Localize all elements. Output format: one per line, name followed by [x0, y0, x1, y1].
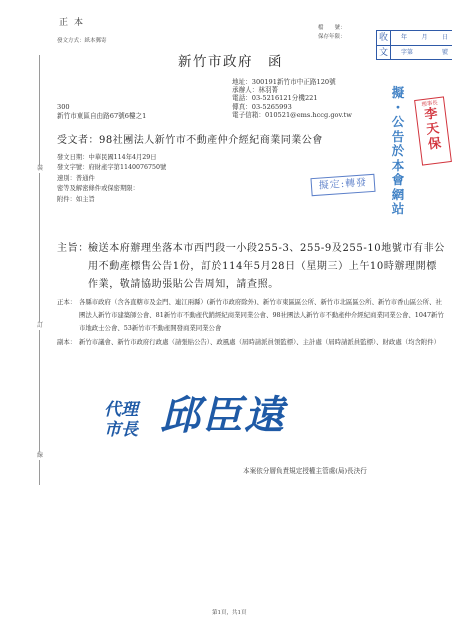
subject-section: 主旨： 檢送本府辦理坐落本市西門段一小段255-3、255-9及255-10地號… — [57, 240, 447, 294]
recipient-address: 300 新竹市東區自由路67號6樓之1 — [57, 103, 146, 120]
signature-title: 代理 市長 — [104, 400, 138, 440]
receipt-month: 月 — [421, 31, 427, 45]
copy-type-label: 正本 — [59, 15, 89, 28]
attachment: 附件：如主旨 — [57, 195, 166, 205]
recipient-street: 新竹市東區自由路67號6樓之1 — [57, 112, 146, 121]
signature-title-line1: 代理 — [104, 400, 138, 420]
receipt-day: 日 — [442, 31, 448, 45]
stamp-char: 告 — [390, 130, 406, 145]
copy-recipients-text: 新竹市議會、新竹市政府行政處（請張貼公告）、政風處（屆時請派員領監標）、主計處（… — [79, 336, 447, 349]
sender-email: 電子信箱：010521@ems.hccg.gov.tw — [232, 111, 352, 119]
subject-label: 主旨： — [57, 240, 89, 258]
binding-mark-xian: 線 — [34, 452, 46, 460]
subject-text: 檢送本府辦理坐落本市西門段一小段255-3、255-9及255-10地號市有非公… — [88, 240, 447, 294]
binding-mark-ding: 訂 — [34, 322, 46, 330]
receipt-no-suffix: 號 — [442, 46, 448, 60]
receiver-line: 受文者：98社團法人新竹市不動產仲介經紀商業同業公會 — [57, 131, 323, 146]
sender-phone: 電話：03-5216121分機221 — [232, 94, 352, 102]
sender-info: 地址：300191新竹市中正路120號 承辦人：林羽菁 電話：03-521612… — [232, 78, 352, 119]
annotation-stamp-vertical: 擬 ・ 公 告 於 本 會 網 站 — [390, 86, 406, 217]
document-number: 發文字號：府財產字第1140076750號 — [57, 163, 166, 173]
delivery-speed: 速別：普通件 — [57, 174, 166, 184]
stamp-char: 會 — [390, 173, 406, 188]
copy-label: 副本： — [57, 336, 76, 349]
chairman-seal-stamp: 理事長 李 天 保 — [414, 96, 452, 165]
stamp-char: 於 — [390, 144, 406, 159]
receipt-stamp-char-bottom: 文 — [377, 46, 391, 60]
stamp-char: 本 — [390, 159, 406, 174]
recipient-postal-code: 300 — [57, 103, 146, 112]
document-title: 新竹市政府 函 — [178, 50, 283, 70]
receipt-word-no: 字第 — [401, 46, 413, 60]
original-recipients-text: 各縣市政府（含各直轄市及金門、連江兩縣）(新竹市政府除外)、新竹市東區區公所、新… — [79, 296, 447, 336]
delegation-note: 本案依分層負責規定授權主管處(局)長決行 — [243, 465, 367, 475]
original-recipients: 正本： 各縣市政府（含各直轄市及金門、連江兩縣）(新竹市政府除外)、新竹市東區區… — [57, 296, 447, 336]
binding-mark-zhuang: 裝 — [34, 165, 46, 173]
send-method: 發文方式：紙本郵寄 — [57, 36, 107, 44]
retention-period-label: 保存年限： — [318, 33, 346, 42]
stamp-char: 擬 — [390, 86, 406, 101]
receipt-stamp-char-top: 收 — [377, 31, 391, 45]
binding-line — [39, 55, 40, 485]
stamp-char: ・ — [390, 101, 406, 116]
issue-date: 發文日期：中華民國114年4月29日 — [57, 153, 166, 163]
copy-recipients: 副本： 新竹市議會、新竹市政府行政處（請張貼公告）、政風處（屆時請派員領監標）、… — [57, 336, 447, 349]
seal-name-char: 保 — [420, 135, 450, 153]
stamp-char: 網 — [390, 188, 406, 203]
receipt-stamp: 收 文 年 月 日 字第 號 — [376, 30, 452, 60]
page-number: 第1頁，共1頁 — [212, 608, 247, 616]
sender-address: 地址：300191新竹市中正路120號 — [232, 78, 352, 86]
receipt-year: 年 — [401, 31, 407, 45]
archive-labels: 檔 號： 保存年限： — [318, 24, 346, 42]
document-meta: 發文日期：中華民國114年4月29日 發文字號：府財產字第1140076750號… — [57, 153, 166, 205]
draft-forward-stamp: 擬定:轉發 — [310, 174, 375, 196]
stamp-char: 站 — [390, 202, 406, 217]
receipt-stamp-number-row: 字第 號 — [393, 46, 450, 60]
stamp-char: 公 — [390, 115, 406, 130]
original-label: 正本： — [57, 296, 76, 309]
sender-fax: 傳真：03-5265993 — [232, 103, 352, 111]
signature-title-line2: 市長 — [104, 420, 138, 440]
security-level: 密等及解密條件或保密期限： — [57, 184, 166, 194]
receipt-stamp-date-row: 年 月 日 — [393, 31, 450, 45]
signature-name: 邱臣遠 — [160, 393, 286, 439]
distribution-section: 正本： 各縣市政府（含各直轄市及金門、連江兩縣）(新竹市政府除外)、新竹市東區區… — [57, 296, 447, 349]
archive-number-label: 檔 號： — [318, 24, 346, 33]
